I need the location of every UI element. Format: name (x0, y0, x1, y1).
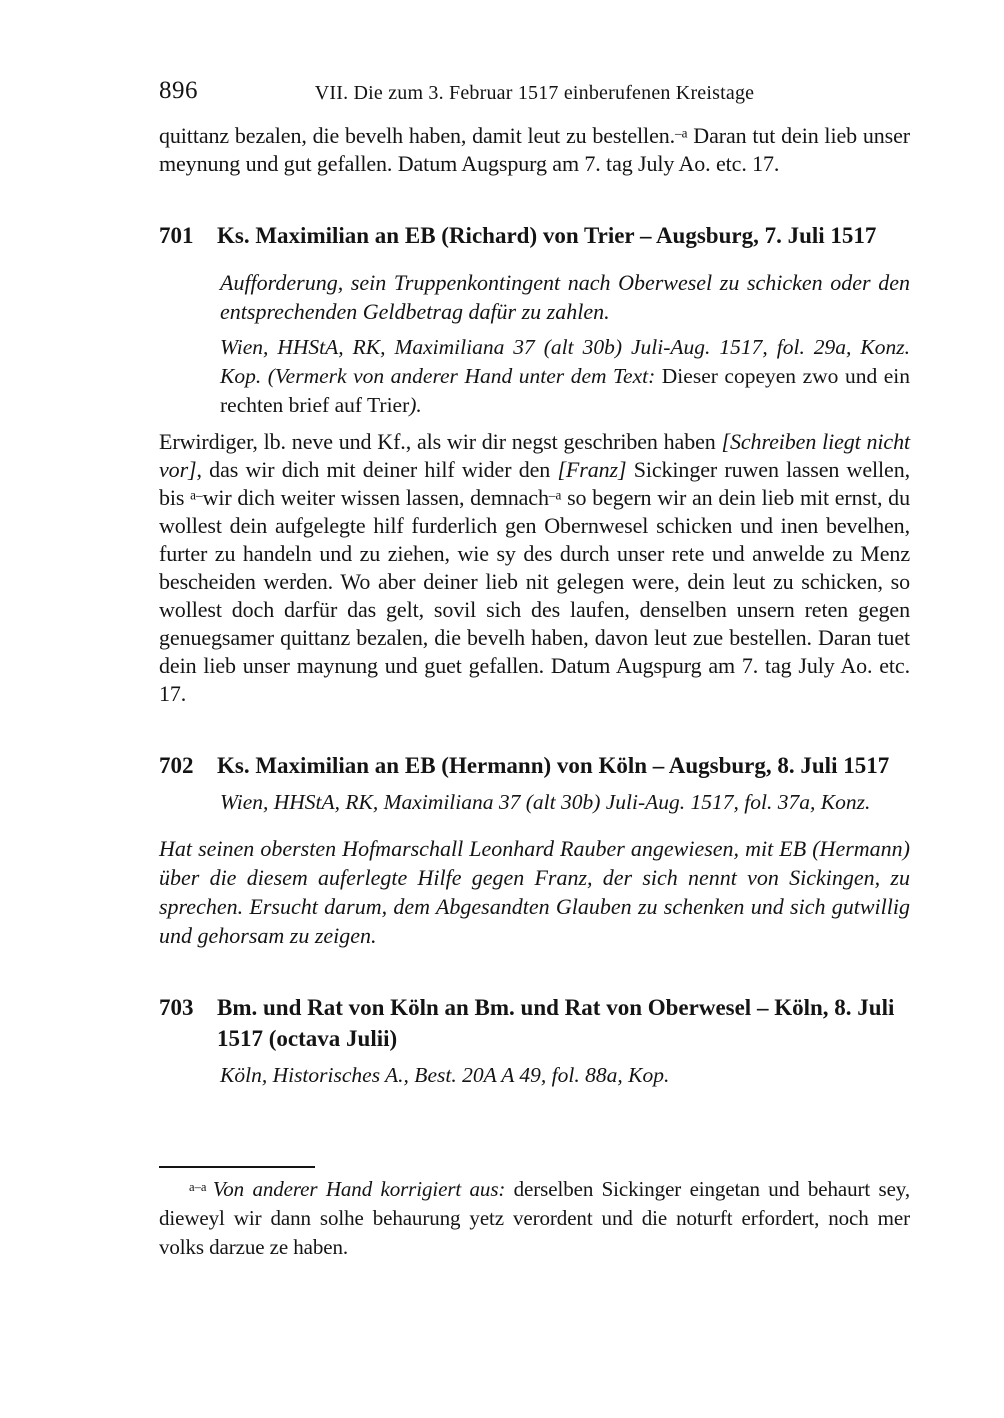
entry-source-reference: Köln, Historisches A., Best. 20A A 49, f… (220, 1061, 910, 1090)
entry-summary: Aufforderung, sein Truppenkontingent nac… (220, 268, 910, 326)
entry-number: 702 (159, 750, 217, 781)
entry-title: Bm. und Rat von Köln an Bm. und Rat von … (217, 992, 910, 1054)
entry-title: Ks. Maximilian an EB (Hermann) von Köln … (217, 750, 910, 781)
entry-703-heading: 703 Bm. und Rat von Köln an Bm. und Rat … (159, 992, 910, 1054)
page-number: 896 (159, 77, 198, 105)
footnote-block: a–a Von anderer Hand korrigiert aus: der… (159, 1166, 910, 1262)
text-run: Erwirdiger, lb. neve und Kf., als wir di… (159, 429, 722, 454)
text-run: wir dich weiter wissen lassen, demnach (203, 485, 549, 510)
text-run: , das wir dich mit deiner hilf wider den (197, 457, 558, 482)
continuation-paragraph: quittanz bezalen, die bevelh haben, dami… (159, 122, 910, 178)
superscript-note-marker: a–a (189, 1180, 213, 1194)
entry-701: 701 Ks. Maximilian an EB (Richard) von T… (159, 220, 910, 708)
page-header: 896 VII. Die zum 3. Februar 1517 einberu… (159, 82, 910, 110)
entry-source-reference: Wien, HHStA, RK, Maximiliana 37 (alt 30b… (220, 788, 910, 817)
italic-text-run: Von anderer Hand korrigiert aus: (213, 1177, 505, 1201)
running-header: VII. Die zum 3. Februar 1517 einberufene… (159, 82, 910, 105)
entry-703: 703 Bm. und Rat von Köln an Bm. und Rat … (159, 992, 910, 1090)
footnote-rule (159, 1166, 315, 1168)
entry-summary: Hat seinen obersten Hofmarschall Leonhar… (159, 834, 910, 950)
entry-702-heading: 702 Ks. Maximilian an EB (Hermann) von K… (159, 750, 910, 781)
text-run: so begern wir an dein lieb mit ernst, du… (159, 485, 910, 706)
entry-702: 702 Ks. Maximilian an EB (Hermann) von K… (159, 750, 910, 950)
superscript-note-marker: –a (675, 126, 687, 141)
entry-number: 703 (159, 992, 217, 1054)
footnote-text: a–a Von anderer Hand korrigiert aus: der… (159, 1175, 910, 1262)
text-run: ). (409, 393, 422, 417)
entry-title: Ks. Maximilian an EB (Richard) von Trier… (217, 220, 910, 251)
superscript-note-marker: –a (549, 488, 561, 503)
book-page: 896 VII. Die zum 3. Februar 1517 einberu… (0, 0, 1004, 1418)
entry-source-reference: Wien, HHStA, RK, Maximiliana 37 (alt 30b… (220, 333, 910, 420)
superscript-note-marker: a– (190, 488, 202, 503)
italic-text-run: [Franz] (557, 457, 626, 482)
text-run: quittanz bezalen, die bevelh haben, dami… (159, 123, 675, 148)
entry-701-heading: 701 Ks. Maximilian an EB (Richard) von T… (159, 220, 910, 251)
entry-number: 701 (159, 220, 217, 251)
entry-body-text: Erwirdiger, lb. neve und Kf., als wir di… (159, 428, 910, 708)
